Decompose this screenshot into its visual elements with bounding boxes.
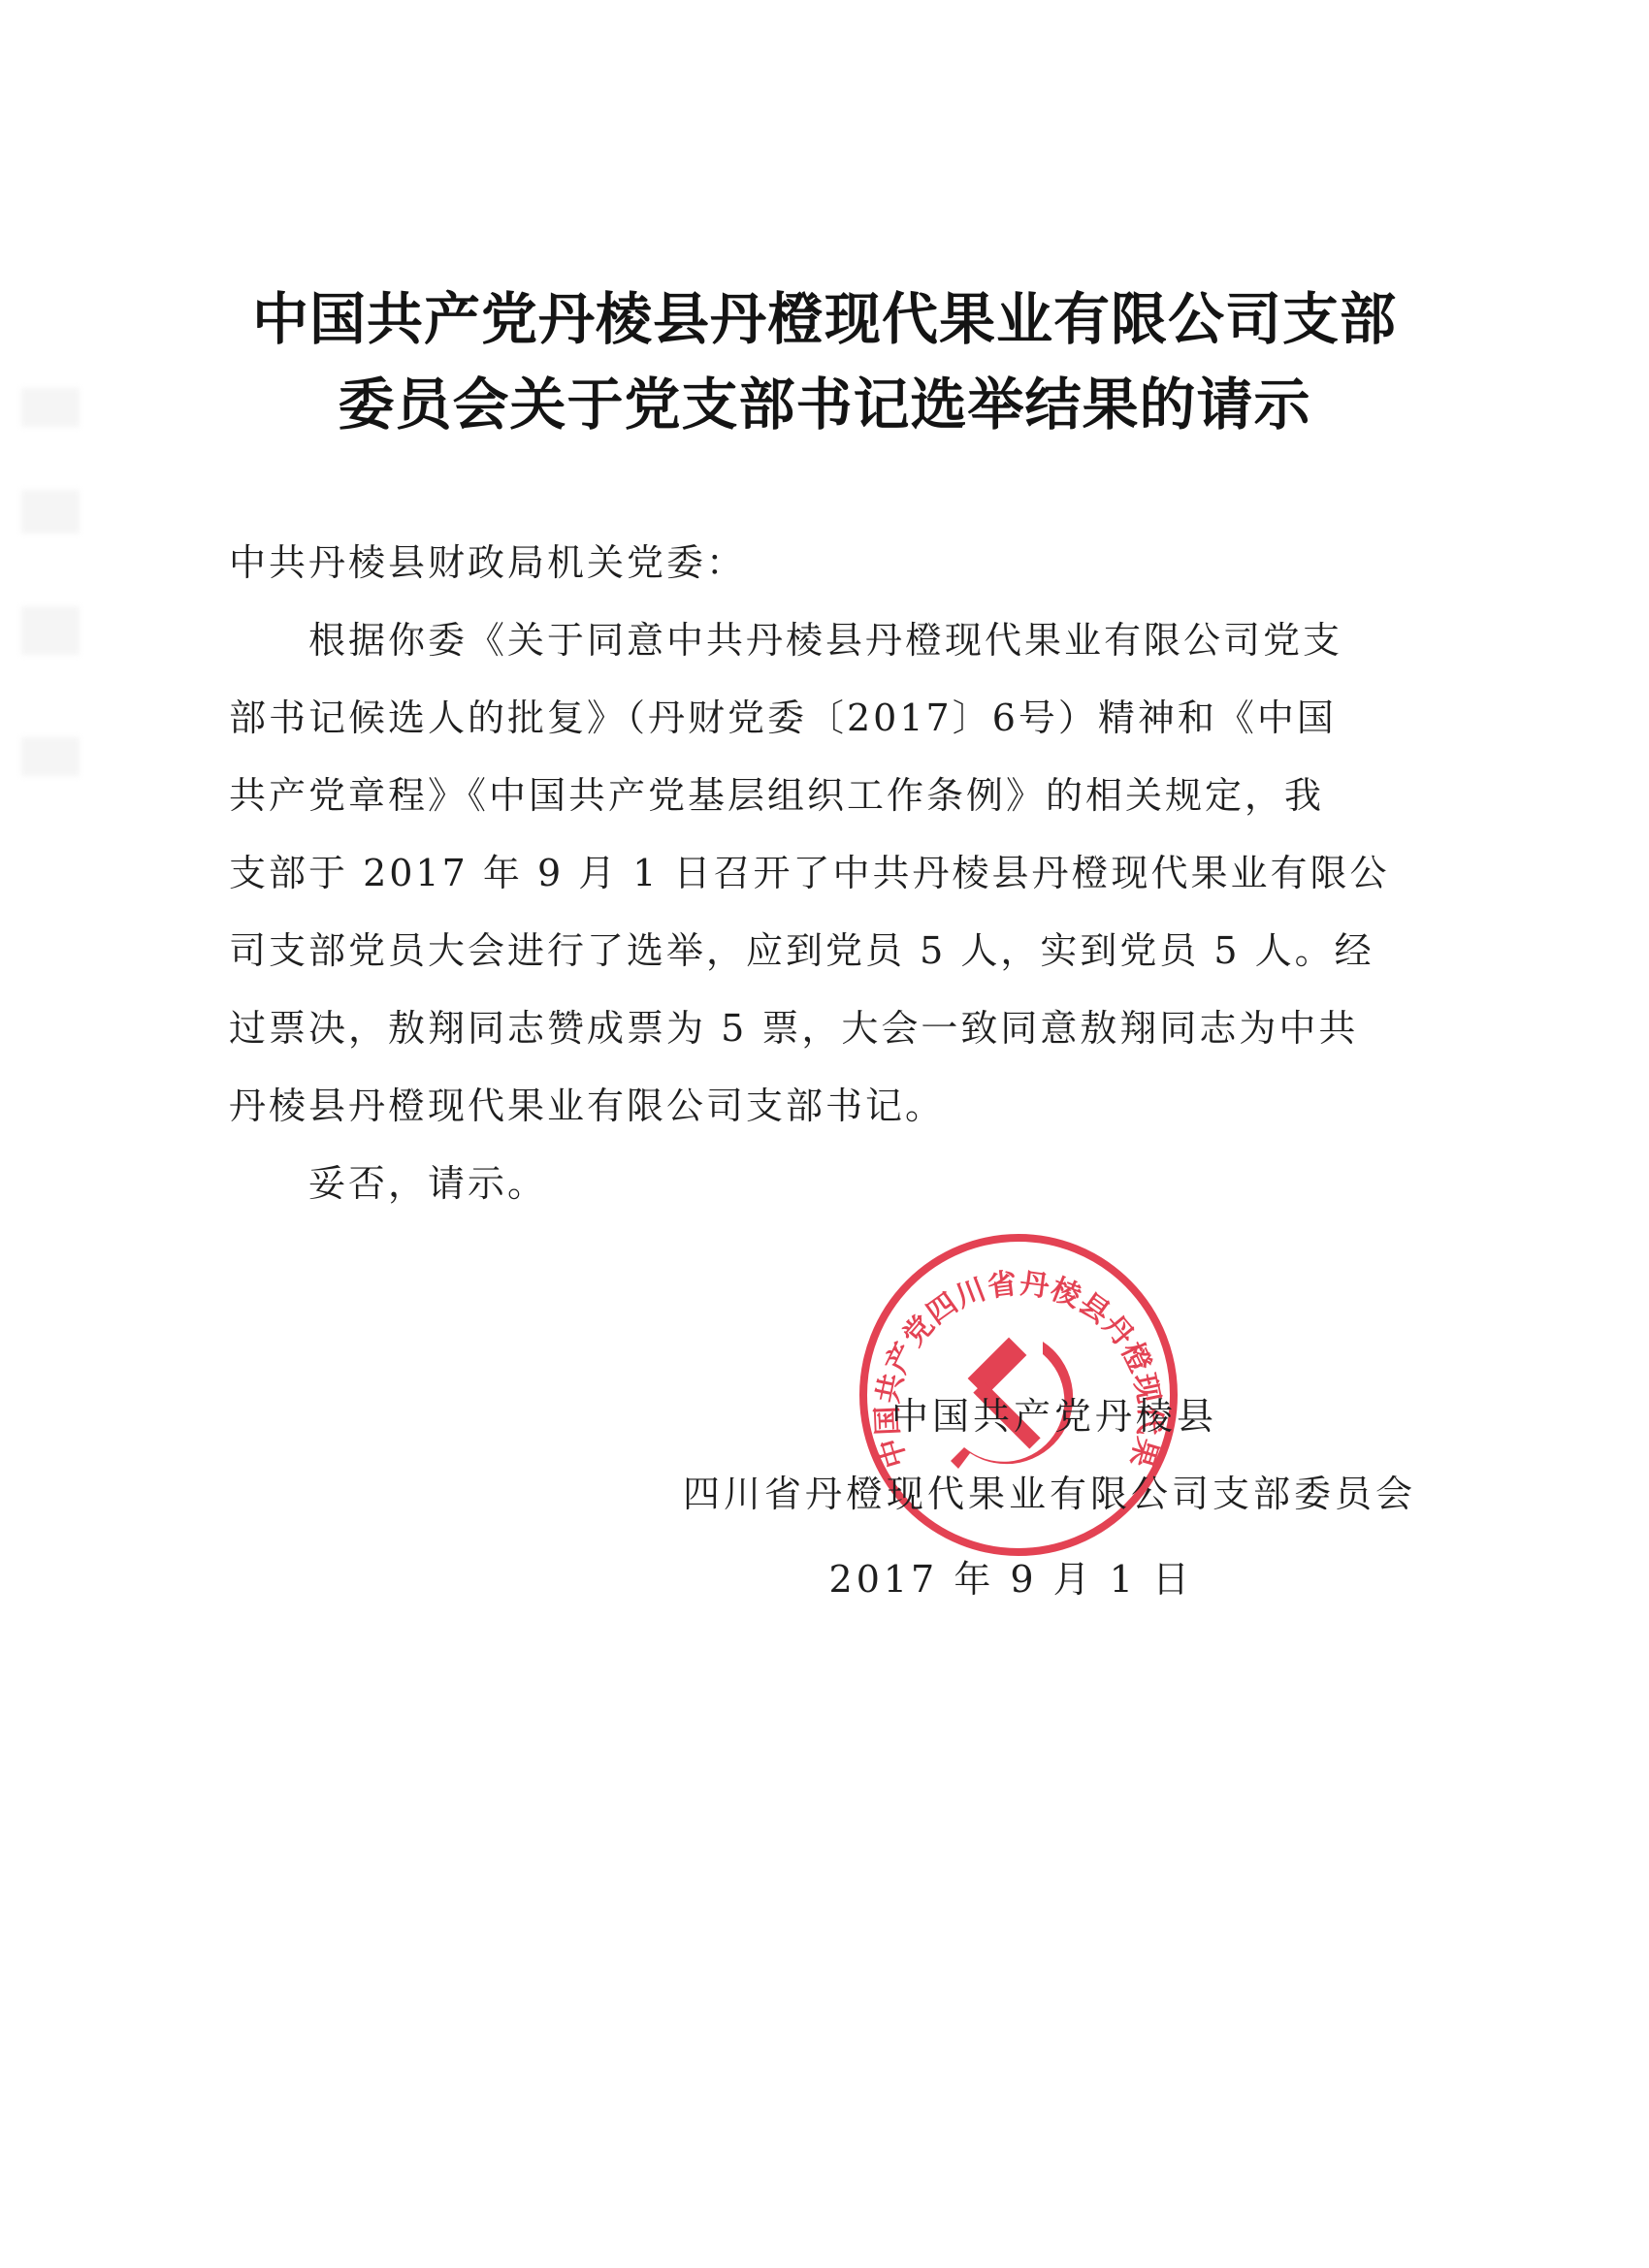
document-title: 中国共产党丹棱县丹橙现代果业有限公司支部 委员会关于党支部书记选举结果的请示 [194,276,1455,447]
signature-block: 中国共产党丹棱县 四川省丹橙现代果业有限公司支部委员会 2017 年 9 月 1… [683,1377,1416,1618]
closing: 妥否，请示。 [229,1145,1422,1222]
scan-artifact [21,388,80,427]
title-line-2: 委员会关于党支部书记选举结果的请示 [194,362,1455,447]
signature-org-line-1: 中国共产党丹棱县 [683,1377,1217,1455]
scan-artifact [21,490,80,534]
addressee: 中共丹棱县财政局机关党委： [229,524,1422,601]
document-page: 中国共产党丹棱县丹橙现代果业有限公司支部 委员会关于党支部书记选举结果的请示 中… [0,0,1649,2268]
body-line: 共产党章程》《中国共产党基层组织工作条例》的相关规定，我 [229,757,1422,834]
body-line: 根据你委《关于同意中共丹棱县丹橙现代果业有限公司党支 [229,601,1422,679]
scan-artifact [21,606,80,655]
signature-org-line-2: 四川省丹橙现代果业有限公司支部委员会 [683,1455,1416,1533]
closing-text: 妥否，请示。 [229,1145,1422,1222]
body-line: 过票决，敖翔同志赞成票为 5 票，大会一致同意敖翔同志为中共 [229,989,1422,1067]
scan-artifact [21,737,80,776]
body-line: 丹棱县丹橙现代果业有限公司支部书记。 [229,1067,1422,1145]
body-line: 司支部党员大会进行了选举，应到党员 5 人，实到党员 5 人。经 [229,912,1422,989]
signature-date: 2017 年 9 月 1 日 [683,1540,1193,1618]
body-paragraph: 根据你委《关于同意中共丹棱县丹橙现代果业有限公司党支 部书记候选人的批复》（丹财… [229,601,1422,1145]
title-line-1: 中国共产党丹棱县丹橙现代果业有限公司支部 [194,276,1455,362]
body-line: 支部于 2017 年 9 月 1 日召开了中共丹棱县丹橙现代果业有限公 [229,834,1422,912]
body-line: 部书记候选人的批复》（丹财党委〔2017〕6号）精神和《中国 [229,679,1422,757]
